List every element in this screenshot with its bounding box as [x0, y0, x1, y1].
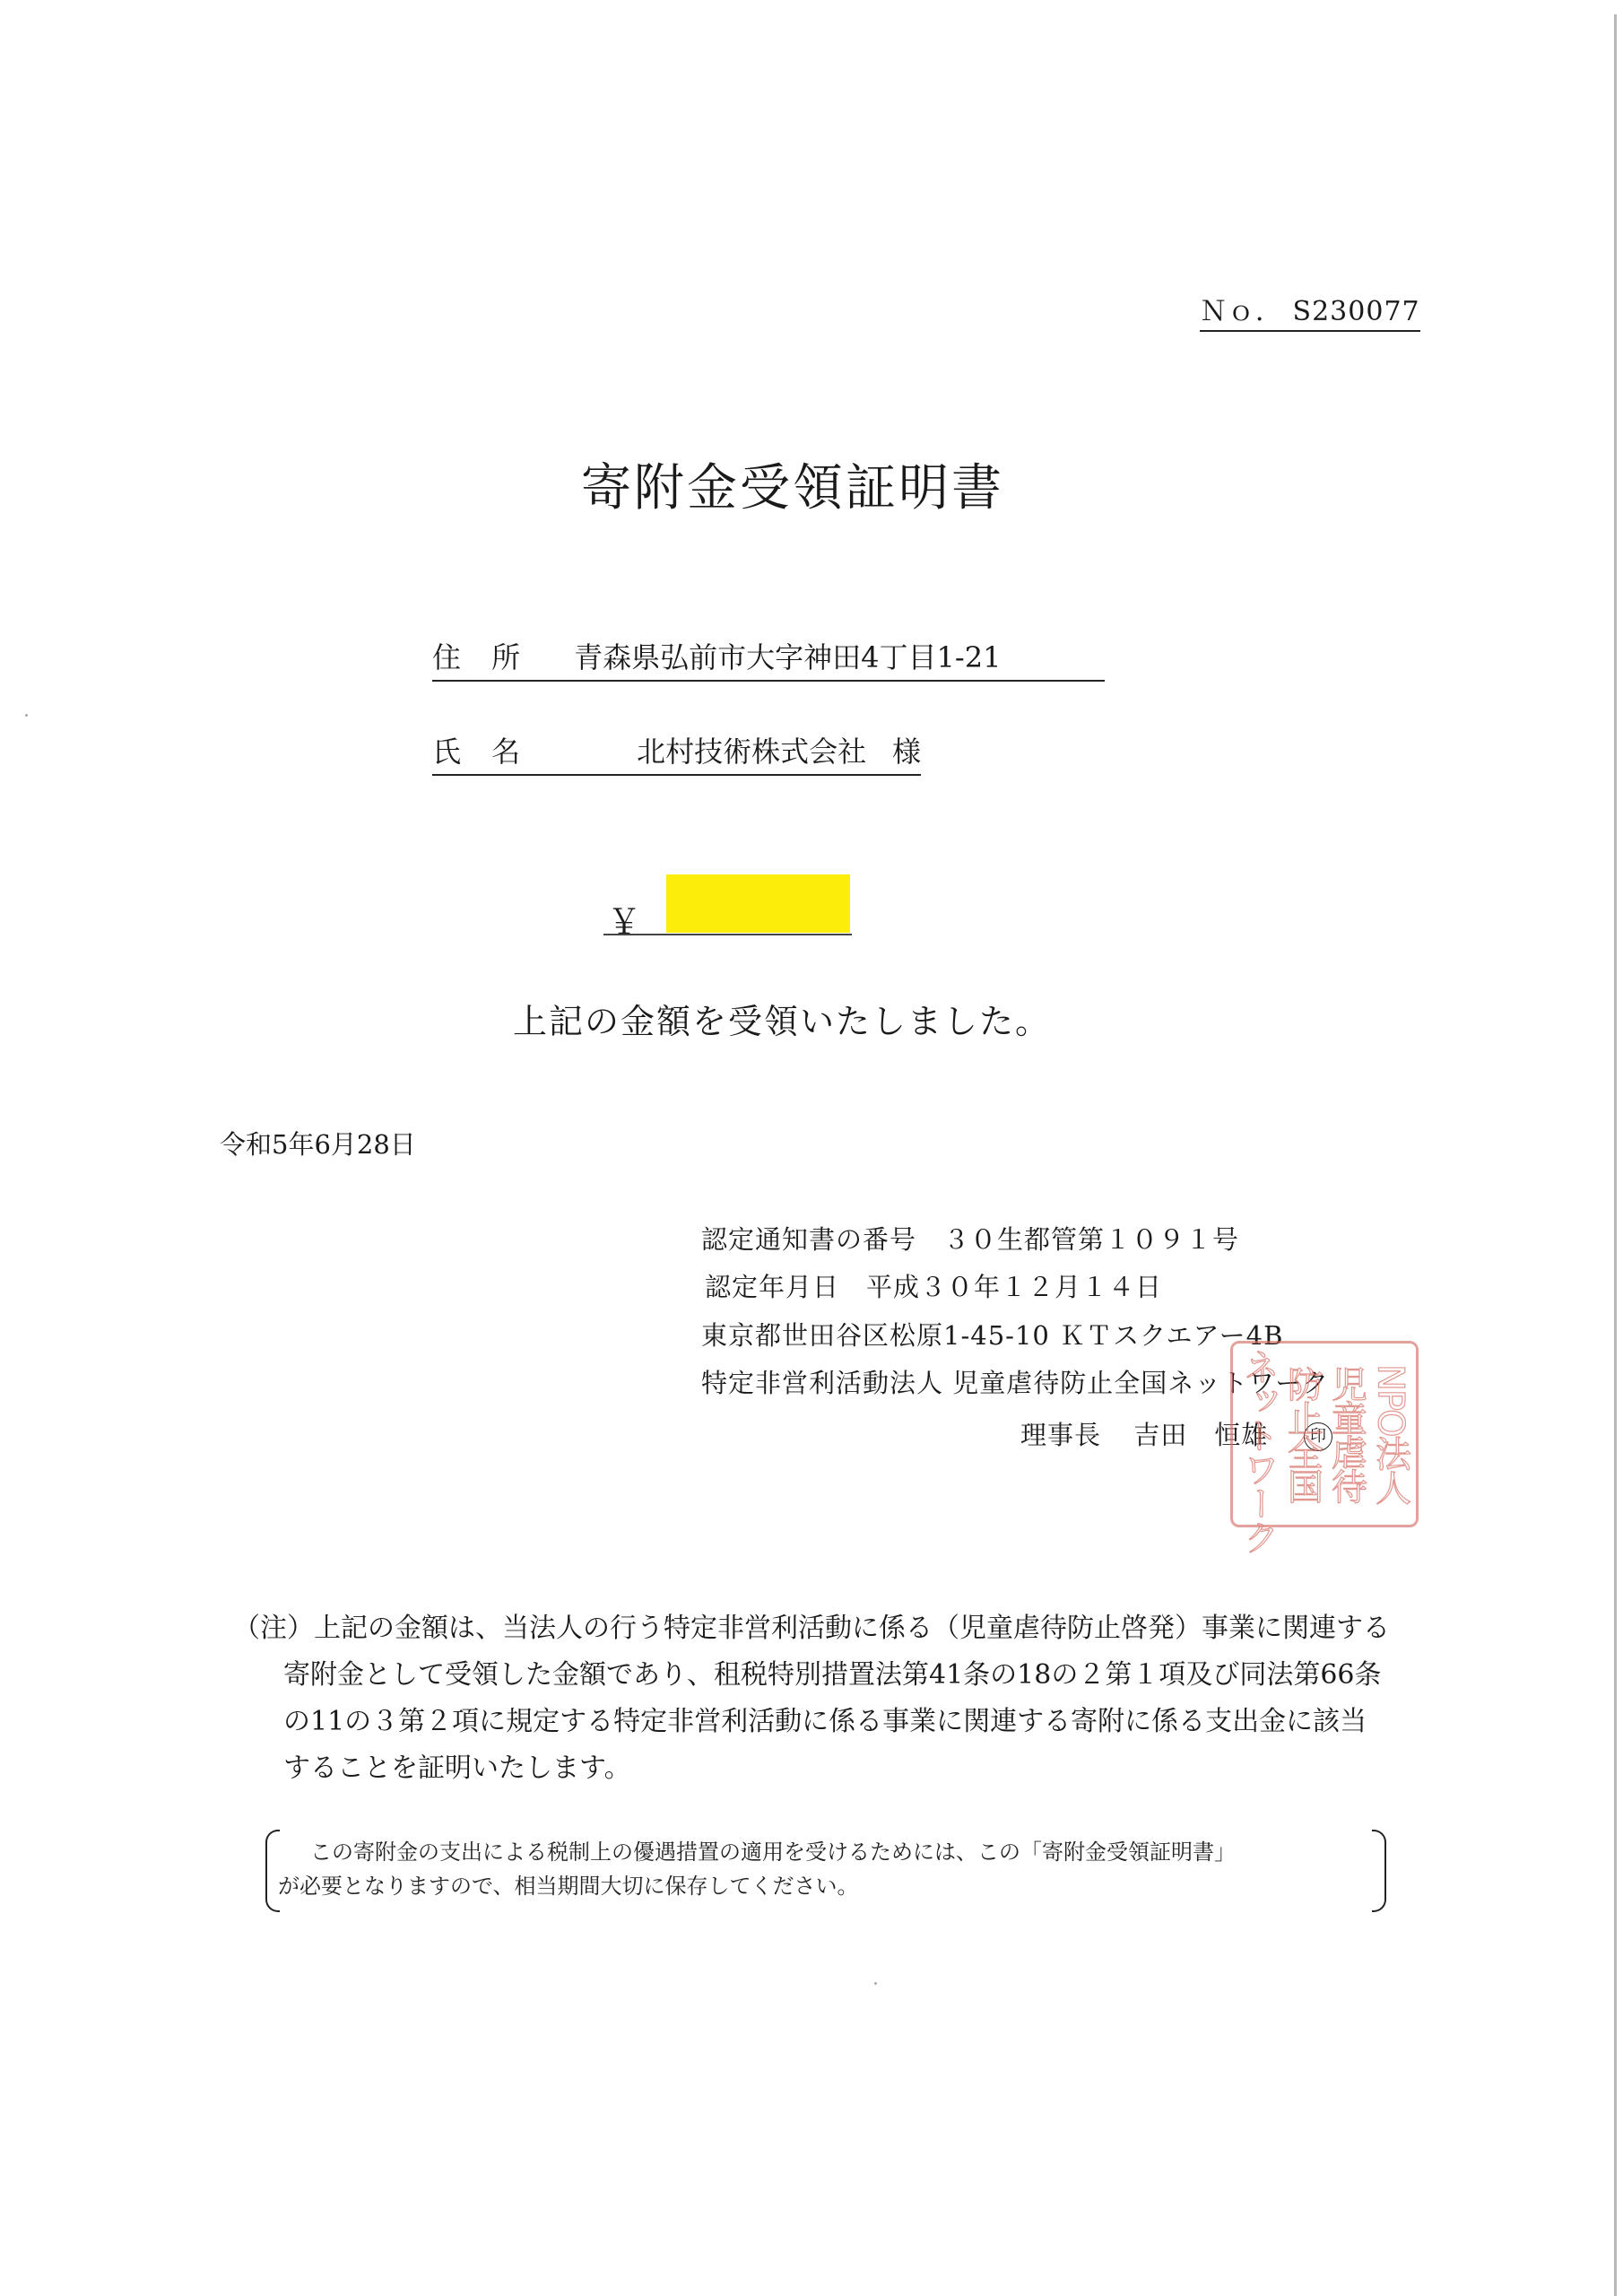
certification-number: 認定通知書の番号 ３０生都管第１０９１号 — [701, 1220, 1239, 1257]
certification-date: 認定年月日 平成３０年１２月１４日 — [705, 1267, 1162, 1304]
yen-symbol: ￥ — [607, 894, 641, 944]
document-title: 寄附金受領証明書 — [581, 448, 1004, 520]
stamp-column: ネットワーク — [1238, 1349, 1280, 1519]
issuer-address: 東京都世田谷区松原1-45-10 ＫＴスクエアー4B — [701, 1316, 1283, 1352]
stamp-column: 防止全国 — [1282, 1349, 1324, 1519]
stamp-column: NPO法人 — [1370, 1349, 1411, 1519]
legal-note-text: （注）上記の金額は、当法人の行う特定非営利活動に係る（児童虐待防止啓発）事業に関… — [233, 1605, 1390, 1792]
retention-notice-text: この寄附金の支出による税制上の優遇措置の適用を受けるためには、この「寄附金受領証… — [278, 1835, 1363, 1903]
name-label: 氏 名 — [432, 729, 565, 770]
legal-note: （注）上記の金額は、当法人の行う特定非営利活動に係る（児童虐待防止啓発）事業に関… — [233, 1605, 1390, 1792]
address-value: 青森県弘前市大字神田4丁目1-21 — [574, 635, 1001, 676]
document-number-label: Ｎｏ． — [1200, 296, 1283, 327]
right-bracket — [1372, 1830, 1386, 1912]
scan-page-edge — [1614, 14, 1617, 2296]
retention-notice-line-2: が必要となりますので、相当期間大切に保存してください。 — [278, 1869, 1363, 1903]
document-number-value: S230077 — [1293, 296, 1420, 327]
address-label: 住 所 — [432, 635, 565, 676]
received-statement: 上記の金額を受領いたしました。 — [513, 994, 1051, 1043]
document-number: Ｎｏ． S230077 — [1200, 289, 1420, 332]
recipient-name: 氏 名 北村技術株式会社 様 — [432, 729, 921, 776]
representative-title: 理事長 — [1020, 1420, 1101, 1450]
scan-speck — [25, 714, 28, 717]
recipient-address: 住 所 青森県弘前市大字神田4丁目1-21 — [432, 635, 1105, 682]
retention-notice: この寄附金の支出による税制上の優遇措置の適用を受けるためには、この「寄附金受領証… — [265, 1830, 1386, 1912]
stamp-column: 児童虐待 — [1326, 1349, 1367, 1519]
honorific: 様 — [892, 729, 921, 770]
issue-date: 令和5年6月28日 — [220, 1125, 416, 1161]
amount-redaction-box — [666, 874, 850, 933]
organization-seal-stamp: NPO法人 児童虐待 防止全国 ネットワーク — [1230, 1341, 1419, 1527]
name-value: 北村技術株式会社 — [637, 729, 866, 770]
scan-speck — [874, 1982, 877, 1985]
retention-notice-line-1: この寄附金の支出による税制上の優遇措置の適用を受けるためには、この「寄附金受領証… — [278, 1835, 1363, 1869]
donation-amount: ￥ — [603, 874, 852, 935]
